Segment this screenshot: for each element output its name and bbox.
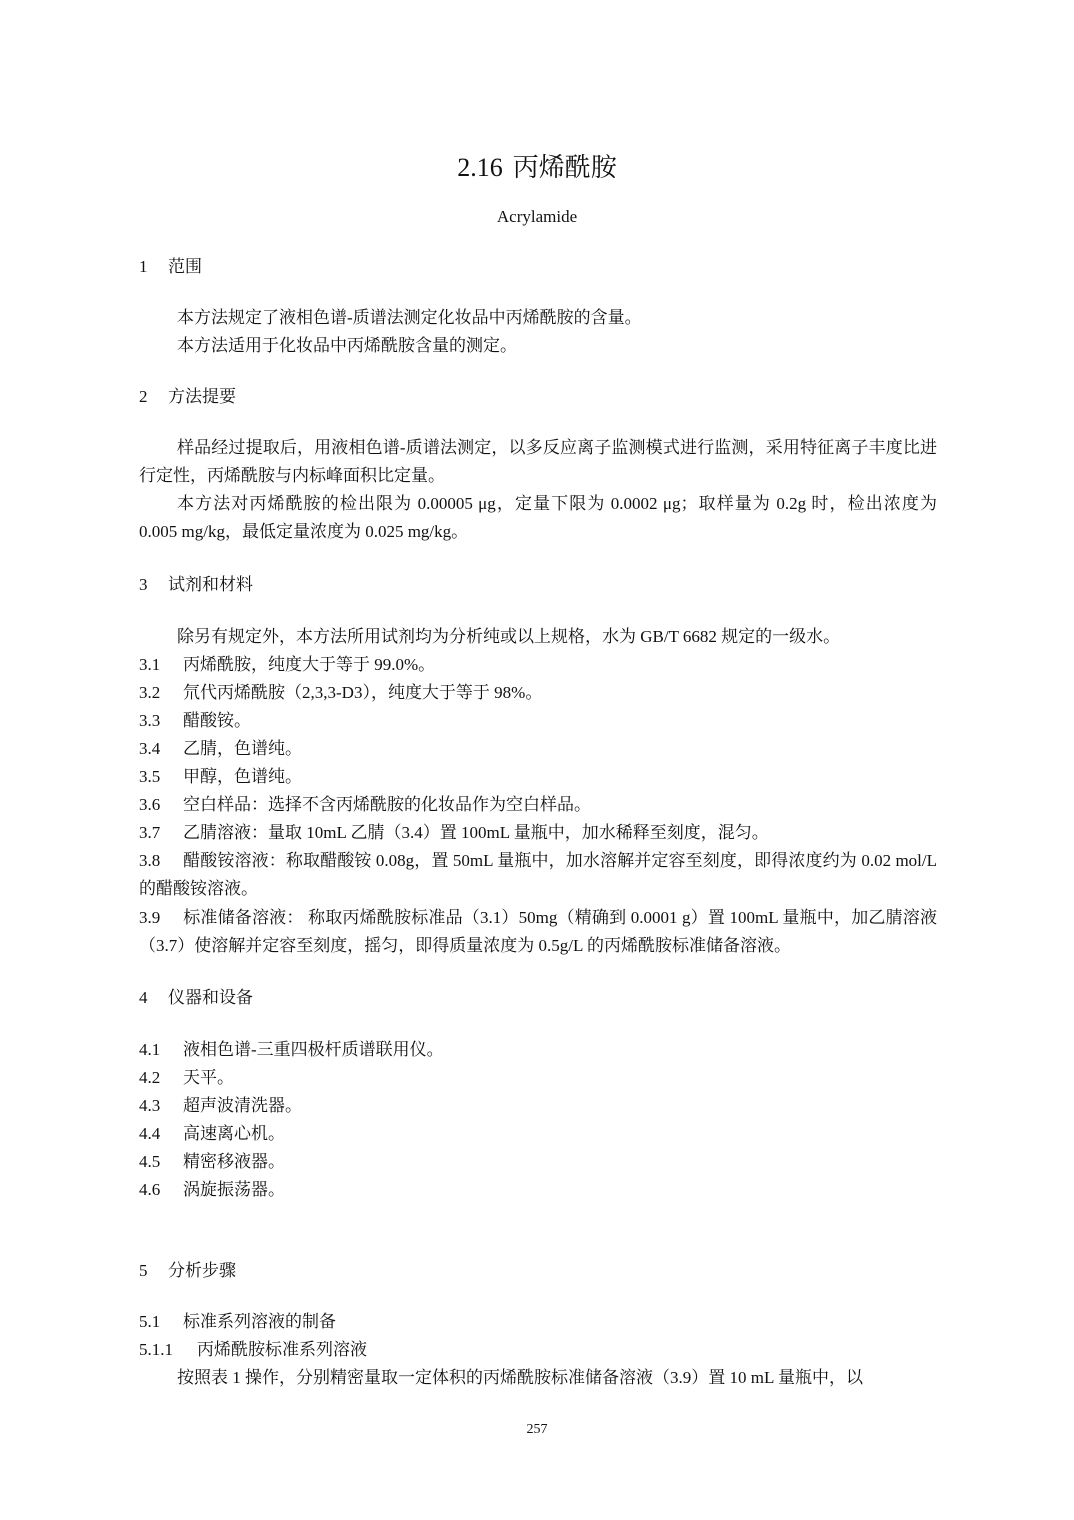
section-heading-reagents: 3试剂和材料 — [139, 574, 253, 596]
item-number: 3.9 — [139, 904, 183, 932]
list-item: 4.3超声波清洗器。 — [139, 1095, 302, 1117]
item-text: 丙烯酰胺，纯度大于等于 99.0%。 — [183, 655, 435, 674]
paragraph: 除另有规定外，本方法所用试剂均为分析纯或以上规格，水为 GB/T 6682 规定… — [139, 623, 937, 651]
item-number: 3.6 — [139, 794, 183, 816]
list-item: 4.6涡旋振荡器。 — [139, 1179, 285, 1201]
list-item: 3.8醋酸铵溶液：称取醋酸铵 0.08g，置 50mL 量瓶中，加水溶解并定容至… — [139, 847, 937, 903]
section-heading-analysis-steps: 5分析步骤 — [139, 1260, 236, 1282]
page-number: 257 — [0, 1421, 1074, 1439]
item-number: 4.5 — [139, 1151, 183, 1173]
item-number: 4.3 — [139, 1095, 183, 1117]
item-text: 标准系列溶液的制备 — [183, 1312, 336, 1331]
list-item: 3.1丙烯酰胺，纯度大于等于 99.0%。 — [139, 654, 435, 676]
item-number: 3.5 — [139, 766, 183, 788]
item-text: 甲醇，色谱纯。 — [183, 767, 302, 786]
document-page: 2.16丙烯酰胺 Acrylamide 1范围 本方法规定了液相色谱-质谱法测定… — [0, 0, 1074, 1520]
section-number: 1 — [139, 256, 168, 278]
section-title: 仪器和设备 — [168, 988, 253, 1007]
list-item: 4.2天平。 — [139, 1067, 234, 1089]
paragraph: 样品经过提取后，用液相色谱-质谱法测定，以多反应离子监测模式进行监测，采用特征离… — [139, 434, 937, 490]
list-item: 5.1.1丙烯酰胺标准系列溶液 — [139, 1339, 367, 1361]
section-heading-scope: 1范围 — [139, 256, 202, 278]
item-number: 4.2 — [139, 1067, 183, 1089]
page-title: 2.16丙烯酰胺 — [0, 150, 1074, 185]
item-text: 天平。 — [183, 1068, 234, 1087]
list-item: 3.4乙腈，色谱纯。 — [139, 738, 302, 760]
item-number: 3.3 — [139, 710, 183, 732]
item-number: 3.7 — [139, 822, 183, 844]
item-text: 涡旋振荡器。 — [183, 1180, 285, 1199]
item-text: 超声波清洗器。 — [183, 1096, 302, 1115]
paragraph: 本方法适用于化妆品中丙烯酰胺含量的测定。 — [139, 332, 937, 360]
paragraph: 按照表 1 操作，分别精密量取一定体积的丙烯酰胺标准储备溶液（3.9）置 10 … — [177, 1367, 863, 1389]
item-text: 精密移液器。 — [183, 1152, 285, 1171]
item-text: 标准储备溶液： 称取丙烯酰胺标准品（3.1）50mg（精确到 0.0001 g）… — [139, 908, 937, 955]
list-item: 4.1液相色谱-三重四极杆质谱联用仪。 — [139, 1039, 444, 1061]
title-number: 2.16 — [457, 153, 503, 182]
item-text: 液相色谱-三重四极杆质谱联用仪。 — [183, 1040, 444, 1059]
item-number: 4.4 — [139, 1123, 183, 1145]
item-number: 3.4 — [139, 738, 183, 760]
section-heading-instruments: 4仪器和设备 — [139, 987, 253, 1009]
item-text: 高速离心机。 — [183, 1124, 285, 1143]
title-text: 丙烯酰胺 — [513, 152, 617, 182]
item-number: 3.8 — [139, 847, 183, 875]
item-text: 氘代丙烯酰胺（2,3,3-D3），纯度大于等于 98%。 — [183, 683, 542, 702]
section-number: 3 — [139, 574, 168, 596]
item-text: 乙腈，色谱纯。 — [183, 739, 302, 758]
item-text: 丙烯酰胺标准系列溶液 — [197, 1340, 367, 1359]
list-item: 3.7乙腈溶液：量取 10mL 乙腈（3.4）置 100mL 量瓶中，加水稀释至… — [139, 822, 769, 844]
item-number: 4.1 — [139, 1039, 183, 1061]
item-number: 5.1 — [139, 1311, 183, 1333]
section-heading-method-summary: 2方法提要 — [139, 386, 236, 408]
item-number: 4.6 — [139, 1179, 183, 1201]
list-item: 4.4高速离心机。 — [139, 1123, 285, 1145]
list-item: 4.5精密移液器。 — [139, 1151, 285, 1173]
section-title: 范围 — [168, 257, 202, 276]
paragraph: 本方法对丙烯酰胺的检出限为 0.00005 μg，定量下限为 0.0002 μg… — [139, 490, 937, 546]
list-item: 3.5甲醇，色谱纯。 — [139, 766, 302, 788]
list-item: 3.9标准储备溶液： 称取丙烯酰胺标准品（3.1）50mg（精确到 0.0001… — [139, 904, 937, 960]
item-number: 3.1 — [139, 654, 183, 676]
list-item: 5.1标准系列溶液的制备 — [139, 1311, 336, 1333]
item-text: 空白样品：选择不含丙烯酰胺的化妆品作为空白样品。 — [183, 795, 591, 814]
page-subtitle: Acrylamide — [0, 206, 1074, 228]
section-title: 分析步骤 — [168, 1261, 236, 1280]
list-item: 3.6空白样品：选择不含丙烯酰胺的化妆品作为空白样品。 — [139, 794, 591, 816]
item-text: 醋酸铵。 — [183, 711, 251, 730]
item-number: 5.1.1 — [139, 1339, 197, 1361]
section-title: 方法提要 — [168, 387, 236, 406]
section-number: 5 — [139, 1260, 168, 1282]
section-title: 试剂和材料 — [168, 575, 253, 594]
item-text: 乙腈溶液：量取 10mL 乙腈（3.4）置 100mL 量瓶中，加水稀释至刻度，… — [183, 823, 769, 842]
list-item: 3.2氘代丙烯酰胺（2,3,3-D3），纯度大于等于 98%。 — [139, 682, 542, 704]
paragraph: 本方法规定了液相色谱-质谱法测定化妆品中丙烯酰胺的含量。 — [139, 304, 937, 332]
list-item: 3.3醋酸铵。 — [139, 710, 251, 732]
section-number: 2 — [139, 386, 168, 408]
item-number: 3.2 — [139, 682, 183, 704]
item-text: 醋酸铵溶液：称取醋酸铵 0.08g，置 50mL 量瓶中，加水溶解并定容至刻度，… — [139, 851, 937, 898]
section-number: 4 — [139, 987, 168, 1009]
